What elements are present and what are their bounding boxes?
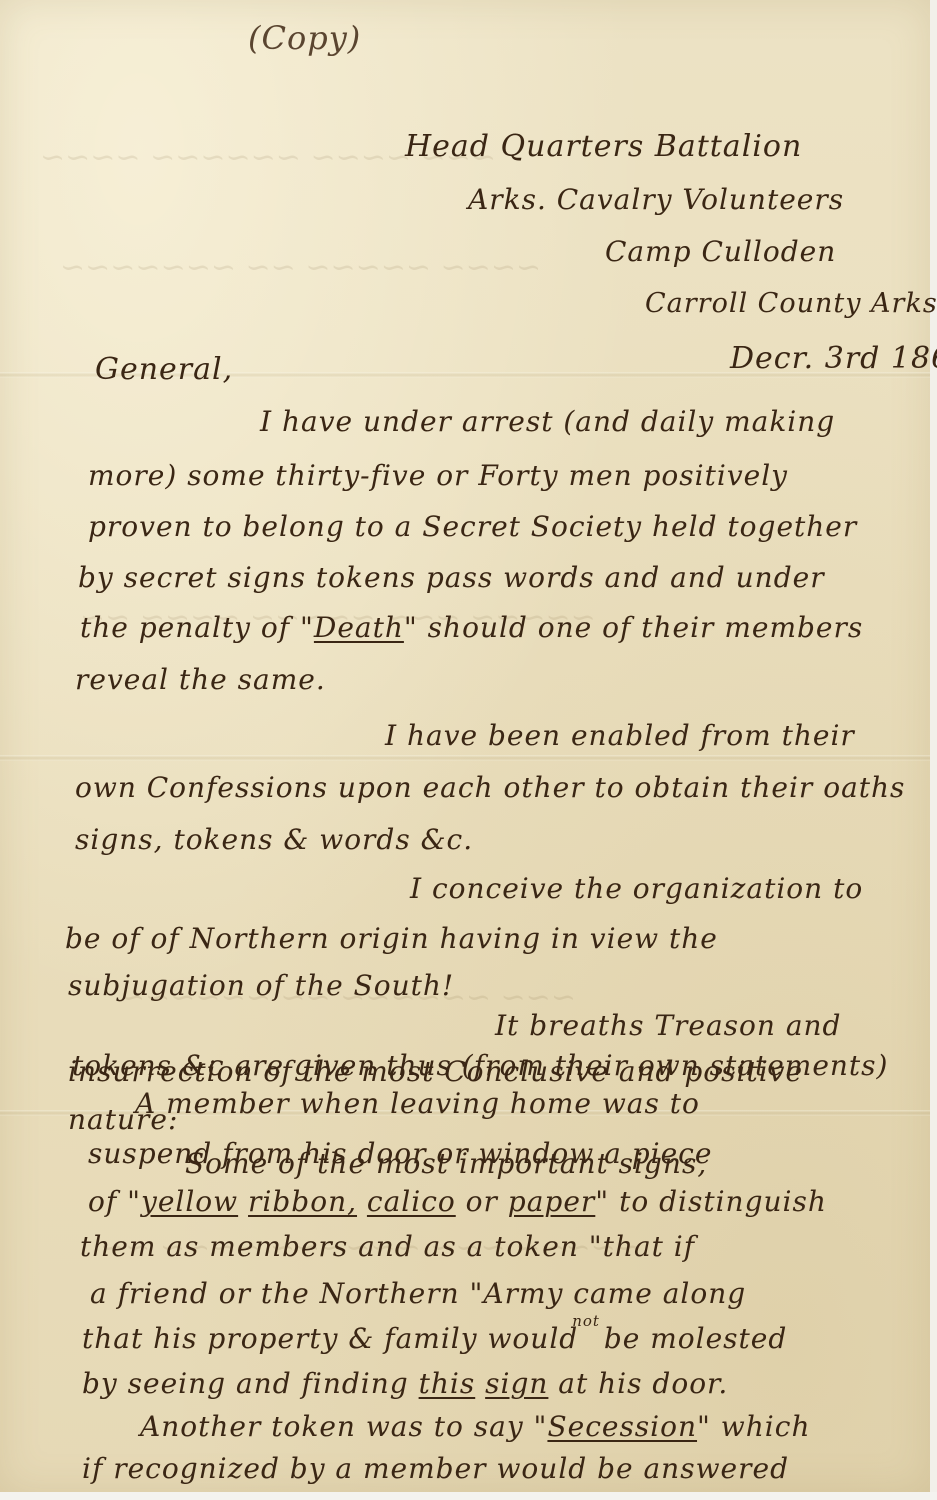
body-line: them as members and as a token "that if [80, 1233, 695, 1261]
body-line: if recognized by a member would be answe… [82, 1455, 789, 1483]
underlined-word-sign: sign [485, 1367, 548, 1400]
body-line: I have been enabled from their [385, 722, 855, 750]
underlined-word-yellow: yellow [141, 1185, 238, 1218]
text-segment [238, 1185, 248, 1218]
insertion-mark-not: not [572, 1312, 600, 1330]
text-segment: at his door. [548, 1367, 728, 1400]
body-line: a friend or the Northern "Army came alon… [90, 1280, 746, 1308]
body-line: reveal the same. [75, 666, 326, 694]
body-line: I conceive the organization to [410, 875, 863, 903]
text-segment: or [456, 1185, 508, 1218]
text-segment: Another token was to say " [140, 1410, 547, 1443]
text-segment: " to distinguish [595, 1185, 827, 1218]
body-line: proven to belong to a Secret Society hel… [88, 513, 857, 541]
body-line: more) some thirty-five or Forty men posi… [88, 462, 788, 490]
underlined-word-death: Death [314, 611, 404, 644]
body-line-with-secession: Another token was to say "Secession" whi… [140, 1413, 810, 1441]
underlined-word-ribbon: ribbon, [248, 1185, 357, 1218]
body-line-with-underlines: by seeing and finding this sign at his d… [82, 1370, 728, 1398]
text-segment [357, 1185, 367, 1218]
body-line: It breaths Treason and [495, 1012, 841, 1040]
underlined-word-secession: Secession [547, 1410, 697, 1443]
underlined-word-this: this [419, 1367, 476, 1400]
body-line: own Confessions upon each other to obtai… [75, 774, 905, 802]
text-segment: " which [697, 1410, 810, 1443]
text-segment: " should one of their members [404, 611, 863, 644]
body-line: I have under arrest (and daily making [260, 408, 835, 436]
header-line-4: Carroll County Arks. [645, 290, 937, 317]
body-line: be of of Northern origin having in view … [65, 925, 718, 953]
text-segment [475, 1367, 485, 1400]
text-segment: the penalty of " [80, 611, 314, 644]
body-line: A member when leaving home was to [135, 1090, 700, 1118]
underlined-word-calico: calico [367, 1185, 456, 1218]
salutation: General, [95, 355, 233, 385]
text-segment: be molested [594, 1322, 787, 1355]
text-segment: by seeing and finding [82, 1367, 419, 1400]
paper-fold-line [0, 755, 930, 761]
body-line: signs, tokens & words &c. [75, 826, 473, 854]
body-line-with-death: the penalty of "Death" should one of the… [80, 614, 863, 642]
header-line-3: Camp Culloden [605, 238, 836, 266]
body-line-with-underlines: of "yellow ribbon, calico or paper" to d… [88, 1188, 827, 1216]
body-line: suspend from his door or window a piece [88, 1140, 712, 1168]
header-line-1: Head Quarters Battalion [405, 132, 802, 162]
body-line-with-insertion: that his property & family wouldnot be m… [82, 1325, 787, 1353]
letter-date: Decr. 3rd 1861. [730, 344, 937, 374]
bleed-through-text: ~~~~ ~~~~~ ~~ ~~~~~~~ [60, 250, 541, 285]
underlined-word-paper: paper [508, 1185, 596, 1218]
copy-annotation: (Copy) [248, 22, 361, 54]
letter-page: ~~~ ~~~~ ~~~~~~ ~~~~ ~~~~ ~~~~~ ~~ ~~~~~… [0, 0, 930, 1492]
body-line: by secret signs tokens pass words and an… [78, 564, 825, 592]
text-segment: of " [88, 1185, 141, 1218]
header-line-2: Arks. Cavalry Volunteers [468, 186, 844, 214]
text-segment: that his property & family would [82, 1322, 578, 1355]
scan-margin [0, 1492, 937, 1500]
body-line: tokens &c are given thus (from their own… [72, 1052, 888, 1080]
body-line: subjugation of the South! [68, 972, 454, 1000]
